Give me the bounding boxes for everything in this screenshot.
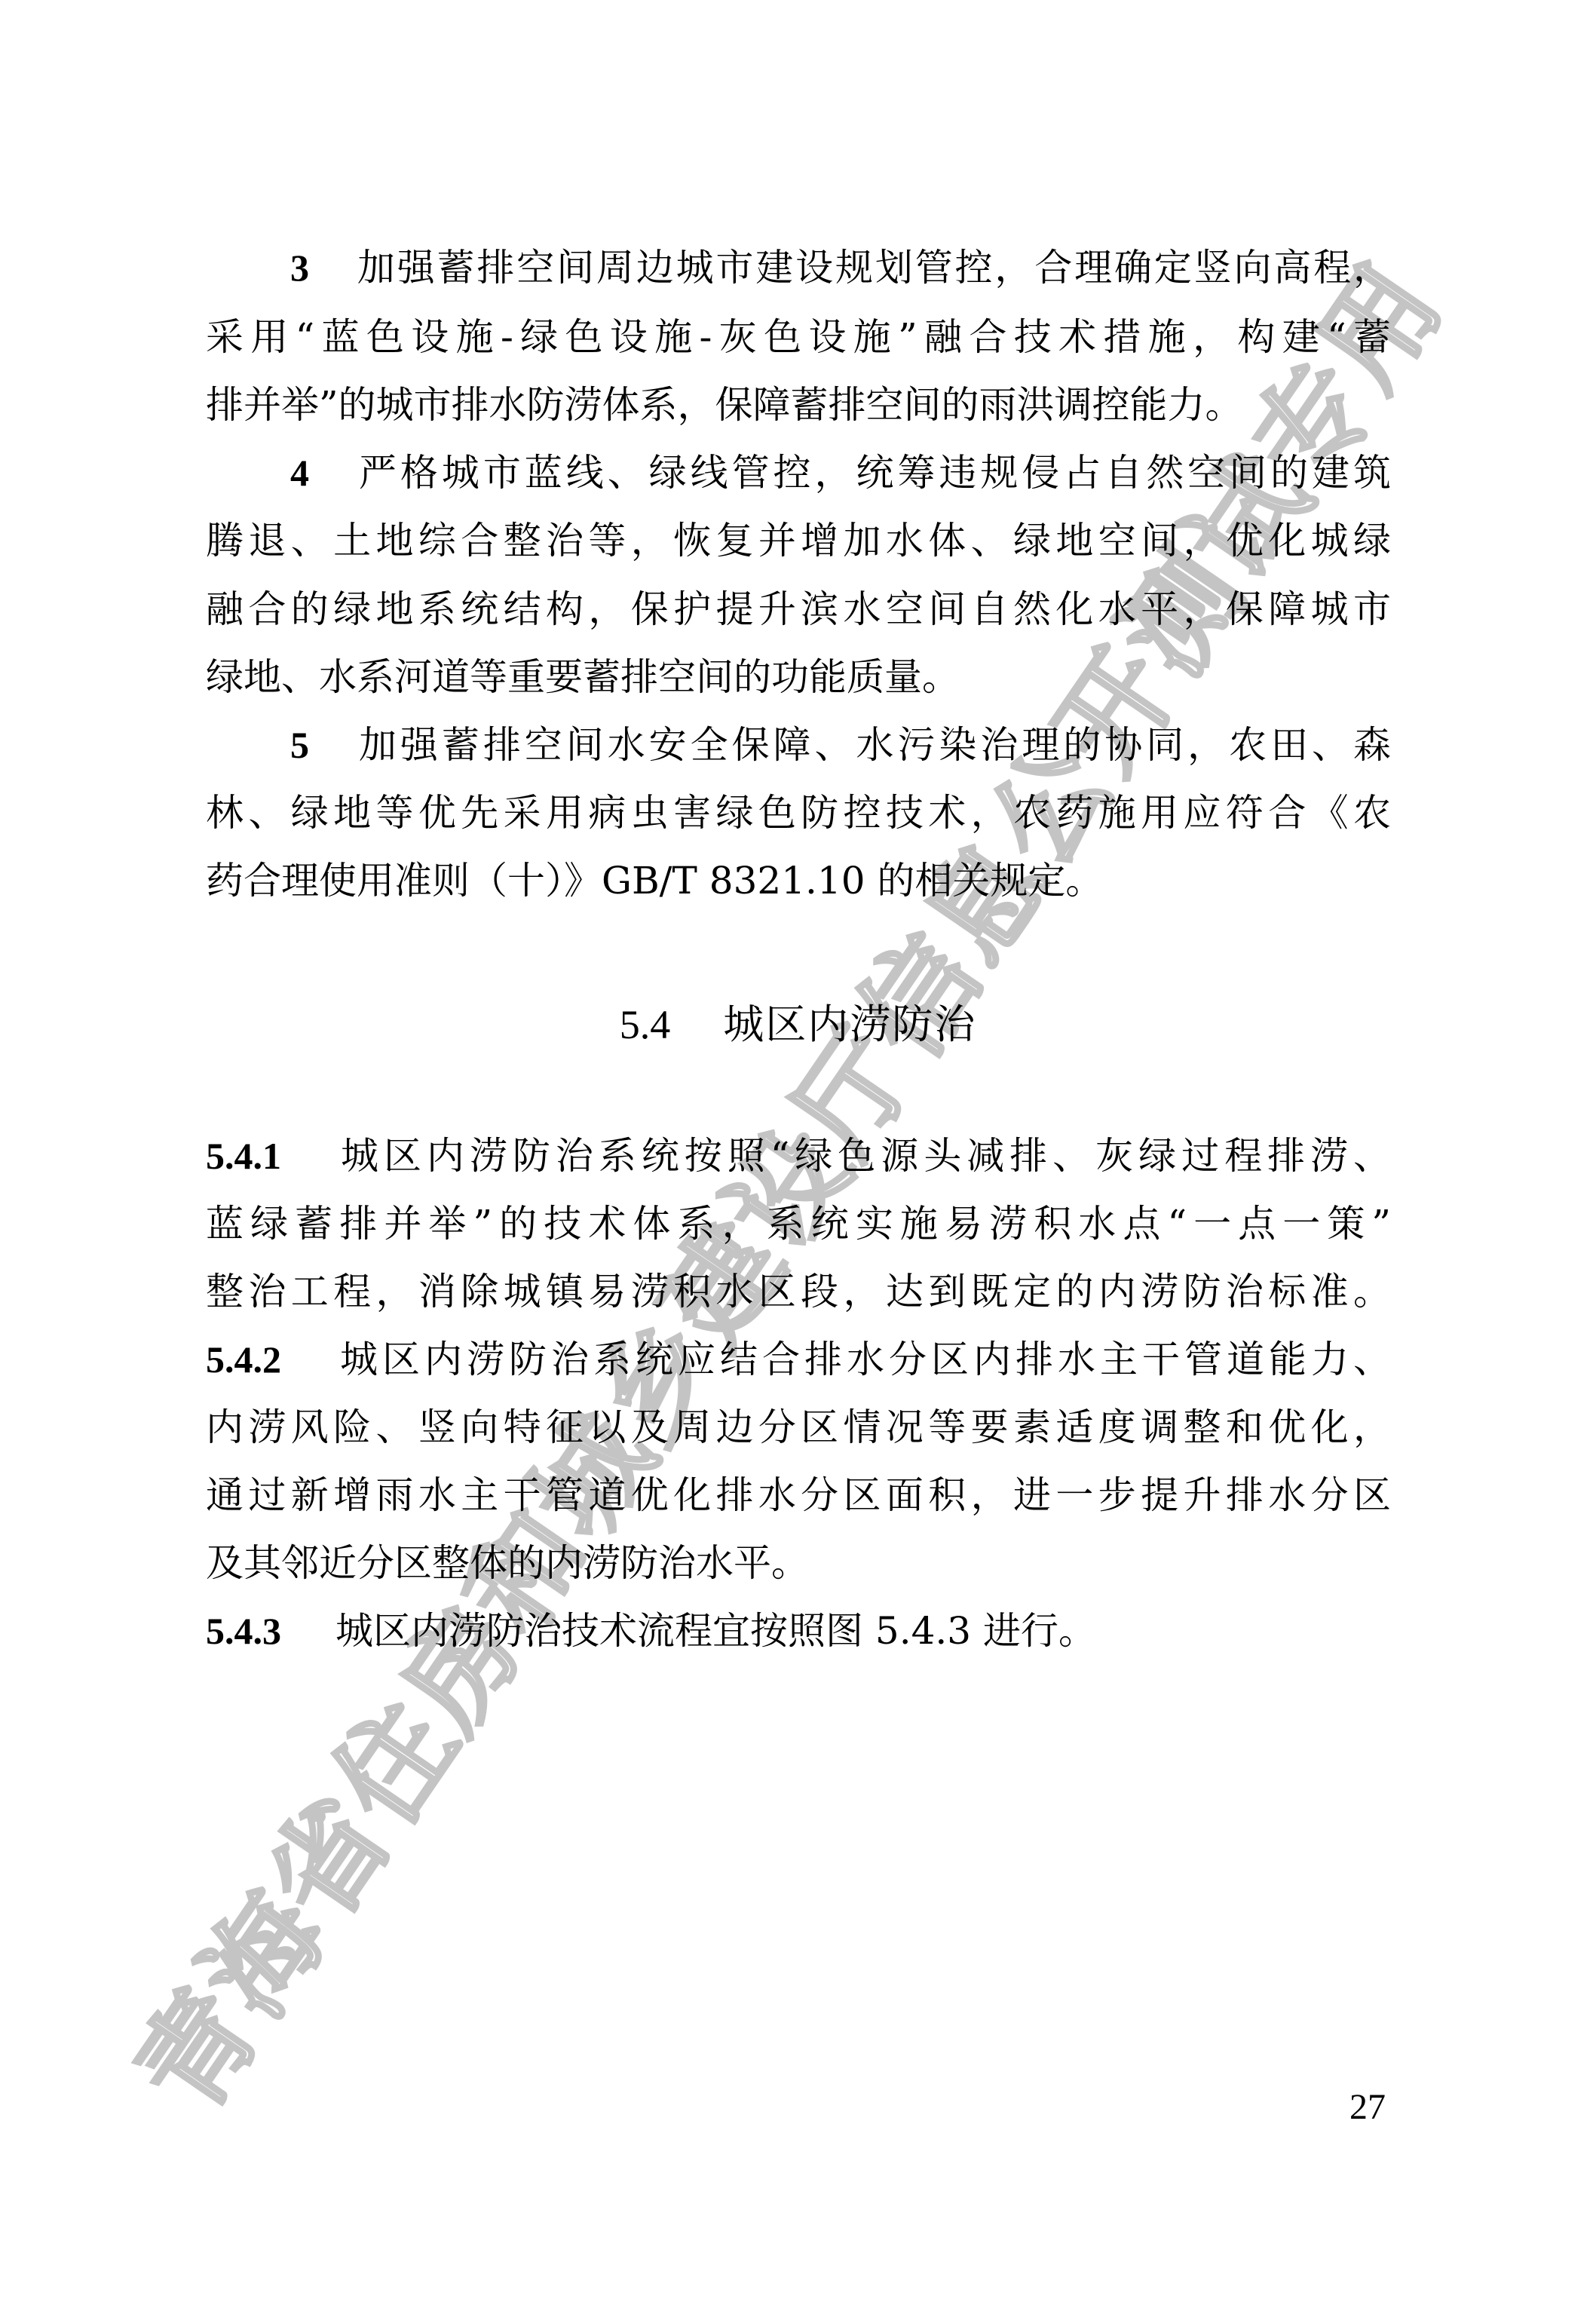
item-3-line-2: 采用“蓝色设施-绿色设施-灰色设施”融合技术措施，构建“蓄: [206, 303, 1391, 371]
clause-5-4-1-line-1: 5.4.1城区内涝防治系统按照“绿色源头减排、灰绿过程排涝、: [206, 1122, 1391, 1190]
item-5-line-3: 药合理使用准则（十）》GB/T 8321.10 的相关规定。: [206, 847, 1391, 915]
item-4-line-1: 4严格城市蓝线、绿线管控，统筹违规侵占自然空间的建筑: [290, 439, 1391, 507]
clause-5-4-2-line-4: 及其邻近分区整体的内涝防治水平。: [206, 1529, 1391, 1597]
clause-5-4-1-line-3: 整治工程，消除城镇易涝积水区段，达到既定的内涝防治标准。: [206, 1258, 1391, 1326]
item-3-line-1: 3加强蓄排空间周边城市建设规划管控，合理确定竖向高程，: [290, 234, 1391, 302]
clause-5-4-2-line-2: 内涝风险、竖向特征以及周边分区情况等要素适度调整和优化，: [206, 1393, 1391, 1461]
clause-number: 5.4.3: [206, 1597, 335, 1665]
item-4-line-4: 绿地、水系河道等重要蓄排空间的功能质量。: [206, 643, 1391, 711]
document-page: 青海省住房和城乡建设厅信息公开测试专用 3加强蓄排空间周边城市建设规划管控，合理…: [0, 0, 1596, 2314]
item-number: 4: [290, 439, 355, 507]
item-4-line-3: 融合的绿地系统结构，保护提升滨水空间自然化水平，保障城市: [206, 575, 1391, 643]
item-3-line-3: 排并举”的城市排水防涝体系，保障蓄排空间的雨洪调控能力。: [206, 371, 1391, 439]
clause-5-4-2-line-1: 5.4.2城区内涝防治系统应结合排水分区内排水主干管道能力、: [206, 1326, 1391, 1393]
item-number: 3: [290, 234, 355, 302]
clause-number: 5.4.1: [206, 1122, 335, 1190]
clause-5-4-3-line-1: 5.4.3城区内涝防治技术流程宜按照图 5.4.3 进行。: [206, 1597, 1391, 1665]
section-heading: 5.4城区内涝防治: [0, 991, 1596, 1059]
text-line: 城区内涝防治系统按照“绿色源头减排、灰绿过程排涝、: [335, 1134, 1391, 1178]
section-title: 城区内涝防治: [723, 1001, 976, 1048]
item-4-line-2: 腾退、土地综合整治等，恢复并增加水体、绿地空间，优化城绿: [206, 507, 1391, 575]
item-number: 5: [290, 711, 355, 779]
section-number: 5.4: [620, 1002, 671, 1047]
text-line: 严格城市蓝线、绿线管控，统筹违规侵占自然空间的建筑: [355, 451, 1391, 495]
text-line: 加强蓄排空间水安全保障、水污染治理的协同，农田、森: [355, 723, 1391, 767]
item-5-line-2: 林、绿地等优先采用病虫害绿色防控技术，农药施用应符合《农: [206, 779, 1391, 847]
item-5-line-1: 5加强蓄排空间水安全保障、水污染治理的协同，农田、森: [290, 711, 1391, 779]
page-number: 27: [1349, 2085, 1386, 2130]
text-line: 加强蓄排空间周边城市建设规划管控，合理确定竖向高程，: [355, 246, 1391, 290]
clause-number: 5.4.2: [206, 1326, 335, 1393]
clause-5-4-1-line-2: 蓝绿蓄排并举”的技术体系，系统实施易涝积水点“一点一策”: [206, 1190, 1391, 1258]
clause-5-4-2-line-3: 通过新增雨水主干管道优化排水分区面积，进一步提升排水分区: [206, 1461, 1391, 1529]
text-line: 城区内涝防治技术流程宜按照图 5.4.3 进行。: [335, 1609, 1096, 1653]
text-line: 城区内涝防治系统应结合排水分区内排水主干管道能力、: [335, 1338, 1391, 1381]
